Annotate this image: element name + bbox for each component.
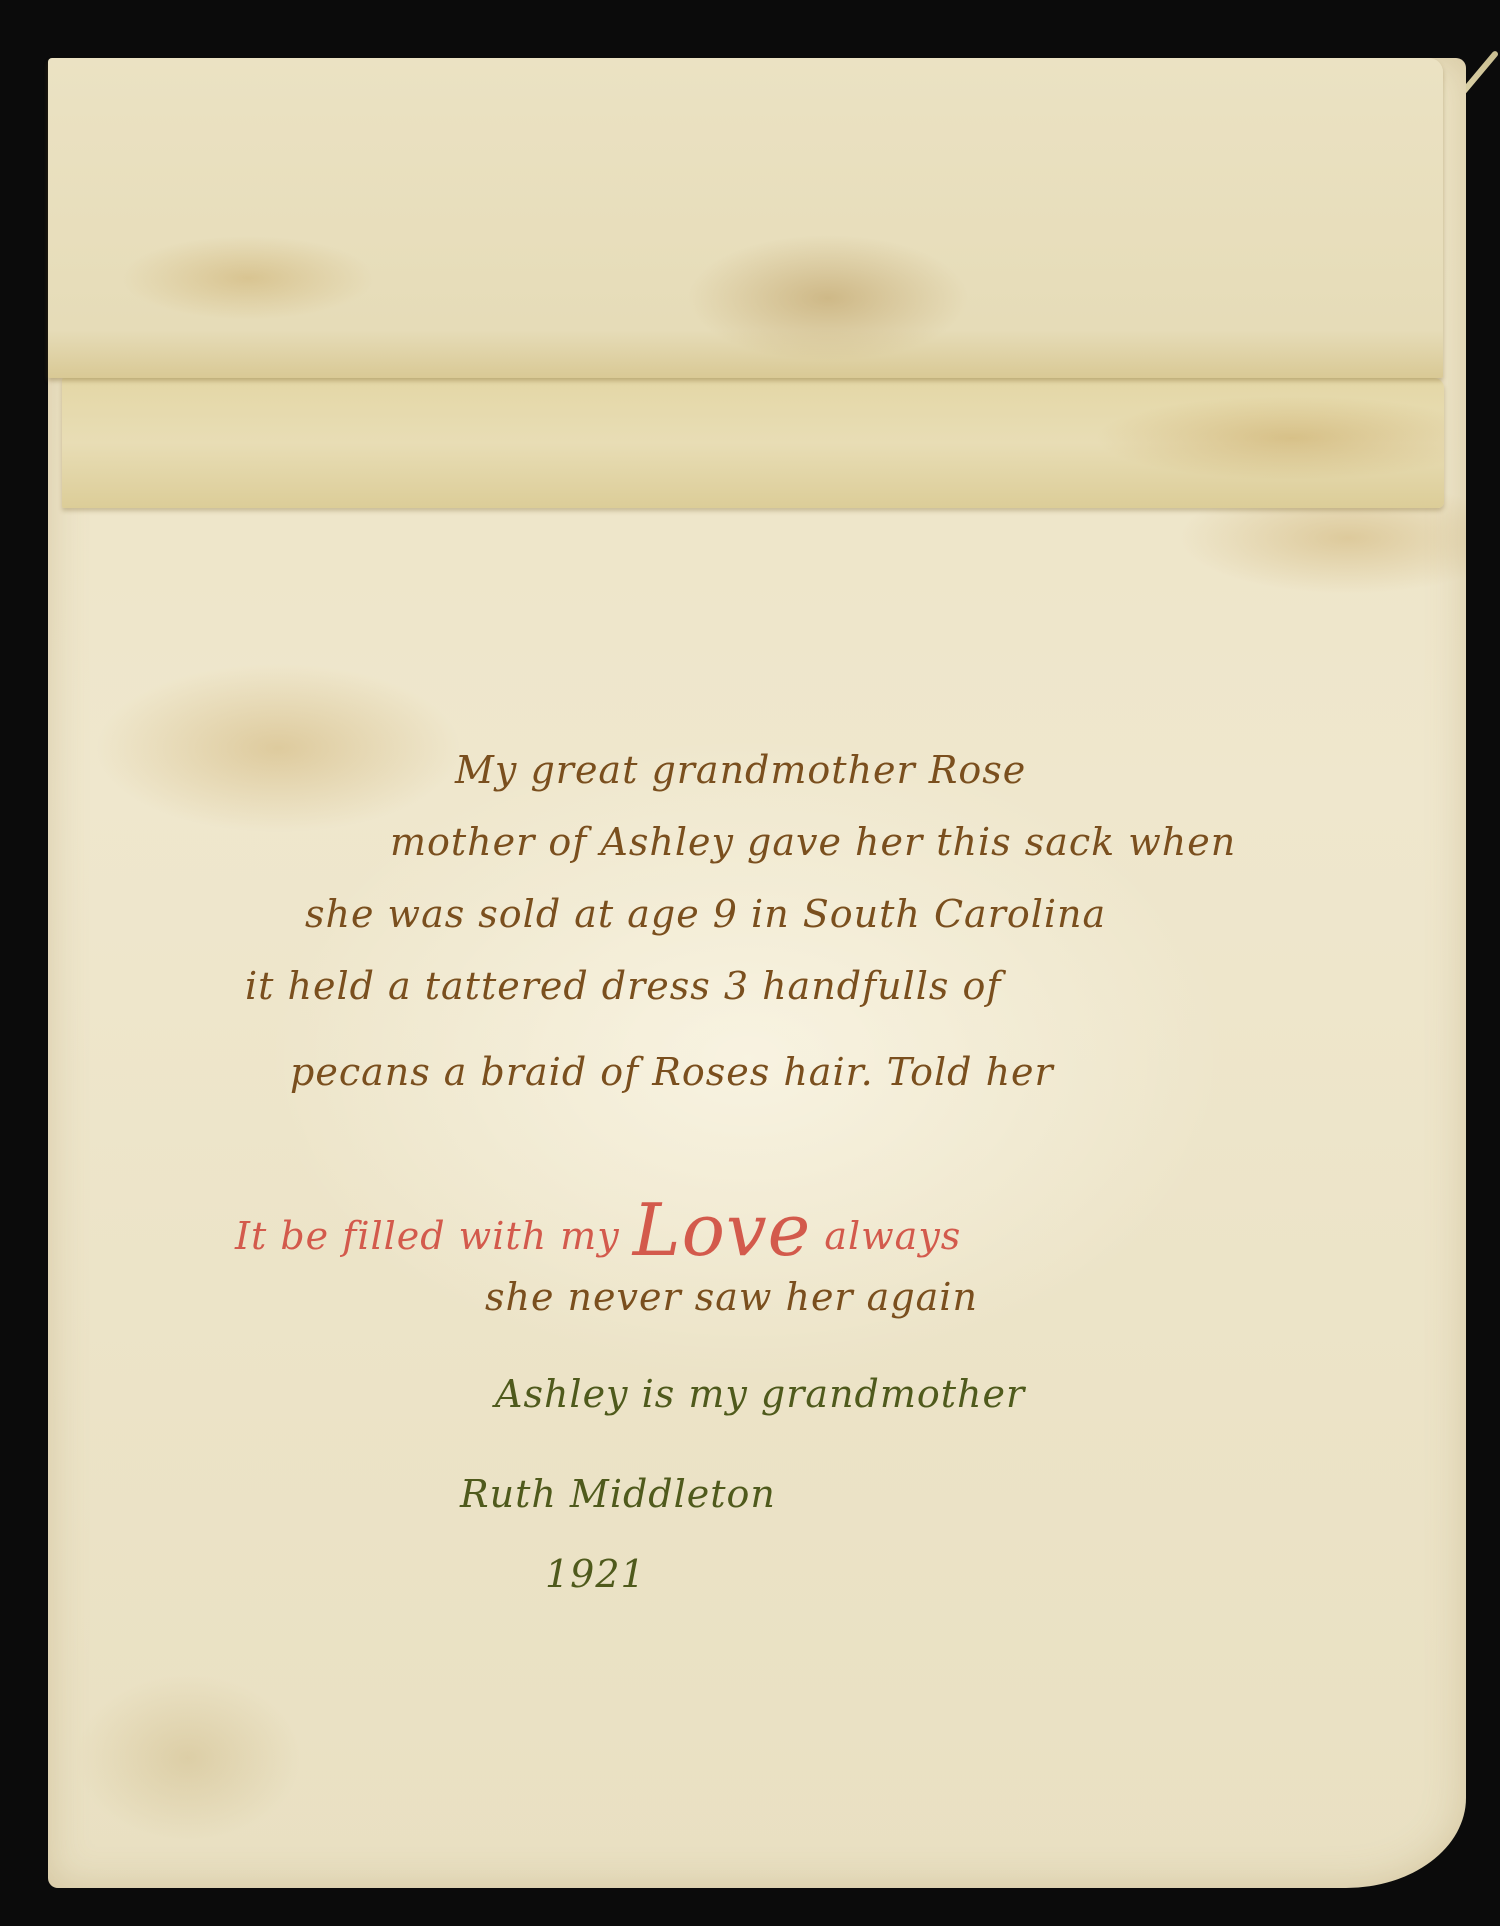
embroidery-line-1: My great grandmother Rose (455, 748, 1026, 792)
embroidery-line-5: pecans a braid of Roses hair. Told her (290, 1050, 1054, 1094)
embroidery-line-4: it held a tattered dress 3 handfulls of (245, 964, 1001, 1008)
red-line-before: It be filled with my (235, 1214, 620, 1258)
embroidery-line-6: she never saw her again (485, 1275, 978, 1319)
embroidery-red-line: It be filled with my Love always (235, 1182, 961, 1266)
love-word: Love (633, 1188, 811, 1272)
signature-name: Ruth Middleton (460, 1472, 776, 1516)
red-line-after: always (824, 1214, 961, 1258)
embroidery-line-2: mother of Ashley gave her this sack when (390, 820, 1236, 864)
signature-year: 1921 (545, 1552, 646, 1596)
embroidered-text: My great grandmother Rose mother of Ashl… (0, 0, 1500, 1926)
embroidery-line-3: she was sold at age 9 in South Carolina (305, 892, 1106, 936)
embroidery-line-7: Ashley is my grandmother (495, 1372, 1025, 1416)
